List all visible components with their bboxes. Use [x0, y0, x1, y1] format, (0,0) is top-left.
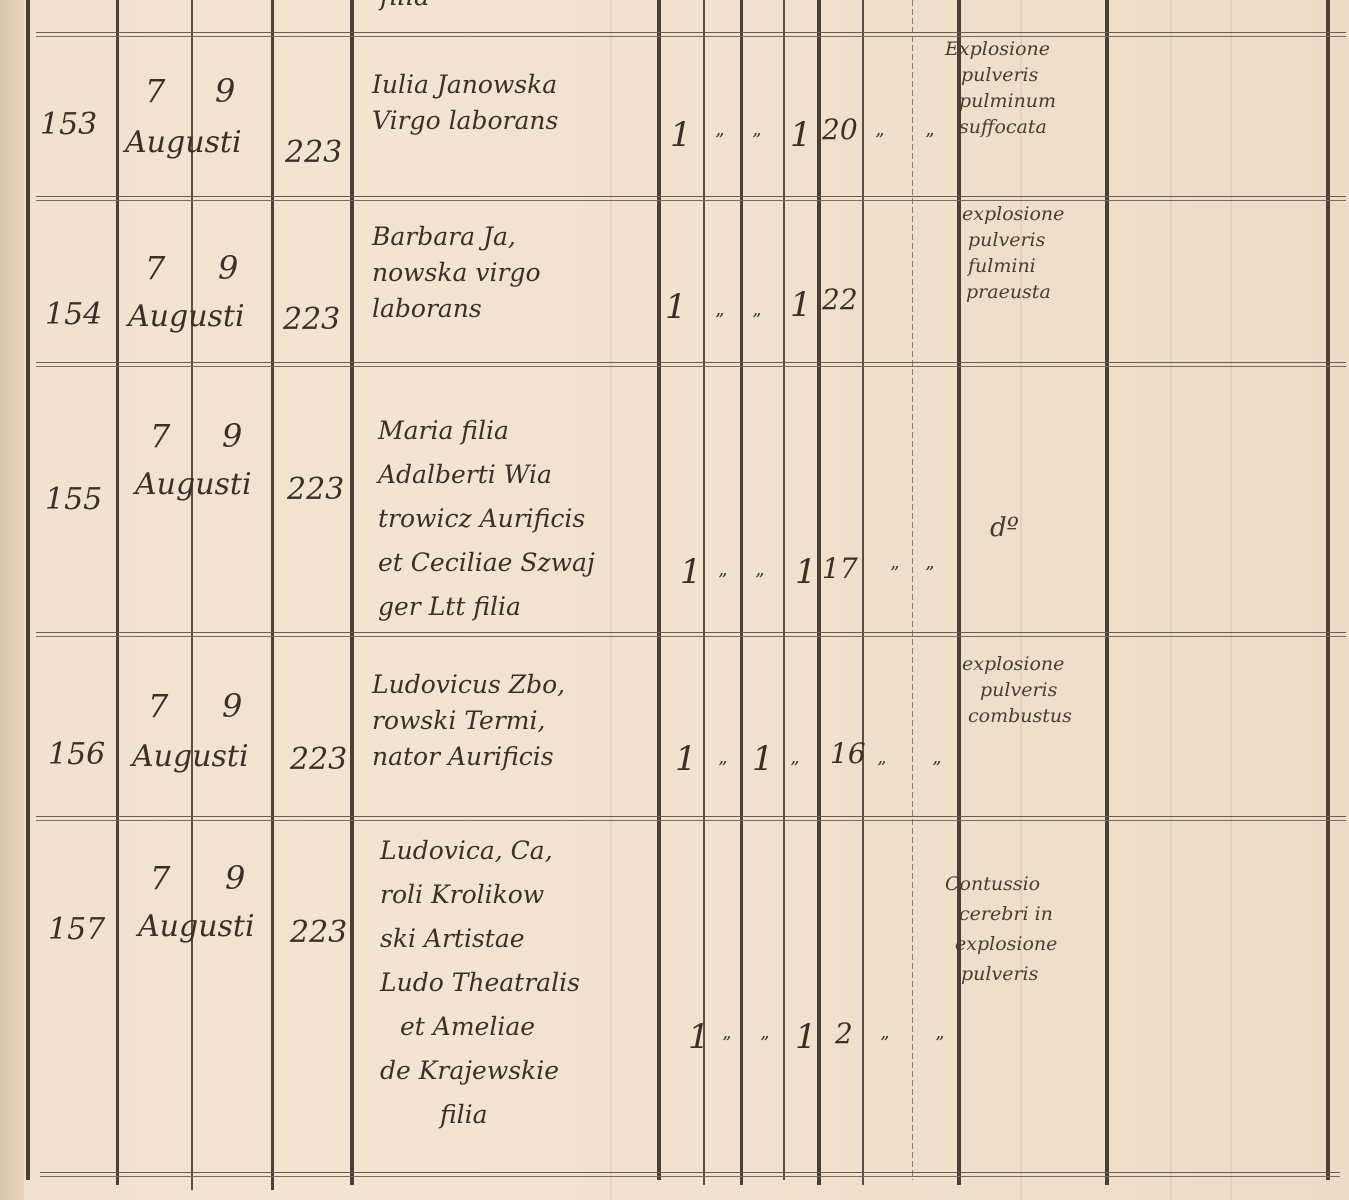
tally-religion: 1 — [665, 290, 687, 324]
row-rule — [36, 200, 1346, 201]
column-rule — [350, 0, 354, 1185]
column-rule — [912, 0, 913, 1180]
column-rule — [783, 0, 785, 1180]
cause-of-death-ditto: dº — [990, 515, 1019, 541]
tally-age-years: 1 — [790, 118, 812, 152]
name-and-status: Ludovica, Ca, roli Krolikow ski Artistae… — [380, 838, 580, 1146]
tally-male: ” — [722, 1035, 731, 1053]
tally-female: ” — [752, 312, 761, 330]
tally-age-days: ” — [877, 760, 886, 778]
death-day: 7 — [150, 420, 170, 452]
tally-age-months: 16 — [830, 740, 866, 768]
paper-ruling — [610, 0, 612, 1200]
tally-religion: 1 — [675, 742, 697, 776]
tally-age-years: 1 — [790, 288, 812, 322]
house-number: 223 — [283, 305, 340, 335]
house-number: 223 — [285, 138, 342, 168]
tally-age-months: 22 — [822, 286, 858, 314]
death-day: 7 — [145, 252, 165, 284]
column-rule — [657, 0, 661, 1180]
tally-age-months: 20 — [822, 116, 858, 144]
column-rule — [703, 0, 705, 1185]
month: Augusti — [138, 912, 255, 942]
tally-religion: 1 — [680, 555, 702, 589]
tally-age-days: ” — [880, 1035, 889, 1053]
death-day: 7 — [145, 75, 165, 107]
row-rule — [36, 32, 1346, 33]
month: Augusti — [128, 302, 245, 332]
death-day: 7 — [150, 862, 170, 894]
burial-day: 9 — [225, 862, 245, 894]
house-number: 223 — [290, 745, 347, 775]
tally-age-years: ” — [790, 760, 799, 778]
entry-number: 153 — [40, 110, 97, 140]
tally-age-months: 2 — [835, 1020, 853, 1048]
name-and-status: Barbara Ja, nowska virgo laborans — [372, 224, 541, 332]
tally-religion: 1 — [688, 1020, 710, 1054]
tally-female: ” — [755, 572, 764, 590]
tally-age-years: 1 — [795, 1020, 817, 1054]
previous-entry-fragment: filia — [380, 0, 429, 10]
burial-day: 9 — [222, 690, 242, 722]
row-rule — [40, 1172, 1340, 1173]
row-rule — [36, 816, 1346, 817]
month: Augusti — [125, 128, 242, 158]
column-rule — [1326, 0, 1330, 1180]
tally-extra: ” — [925, 132, 934, 150]
tally-male: ” — [715, 312, 724, 330]
row-rule — [36, 362, 1346, 363]
tally-female: 1 — [752, 742, 774, 776]
column-rule — [740, 0, 743, 1185]
burial-day: 9 — [218, 252, 238, 284]
row-rule — [36, 366, 1346, 367]
name-and-status: Ludovicus Zbo, rowski Termi, nator Aurif… — [372, 672, 565, 780]
tally-female: ” — [760, 1035, 769, 1053]
row-rule — [36, 36, 1346, 37]
name-and-status: Iulia Janowska Virgo laborans — [372, 72, 558, 144]
name-and-status: Maria filia Adalberti Wia trowicz Aurifi… — [378, 418, 595, 638]
tally-female: ” — [752, 132, 761, 150]
entry-number: 155 — [45, 485, 102, 515]
paper-ruling — [1170, 0, 1172, 1200]
row-rule — [36, 196, 1346, 197]
cause-of-death: Explosione pulveris pulminum suffocata — [945, 40, 1056, 144]
column-rule — [271, 0, 274, 1190]
row-rule — [36, 636, 1346, 637]
house-number: 223 — [290, 918, 347, 948]
tally-religion: 1 — [670, 118, 692, 152]
cause-of-death: explosione pulveris fulmini praeusta — [962, 205, 1064, 309]
tally-age-years: 1 — [795, 555, 817, 589]
page-gutter — [0, 0, 24, 1200]
entry-number: 156 — [48, 740, 105, 770]
column-rule — [1105, 0, 1109, 1185]
month: Augusti — [135, 470, 252, 500]
tally-male: ” — [715, 132, 724, 150]
cause-of-death: explosione pulveris combustus — [962, 655, 1072, 733]
paper-ruling — [1020, 0, 1022, 1200]
month: Augusti — [132, 742, 249, 772]
burial-day: 9 — [222, 420, 242, 452]
tally-male: ” — [718, 572, 727, 590]
row-rule — [36, 820, 1346, 821]
column-rule — [862, 0, 864, 1185]
tally-male: ” — [718, 760, 727, 778]
column-rule — [817, 0, 821, 1185]
paper-ruling — [1230, 0, 1232, 1200]
column-rule — [191, 0, 193, 1190]
tally-age-months: 17 — [822, 555, 858, 583]
tally-extra: ” — [925, 565, 934, 583]
tally-age-days: ” — [875, 132, 884, 150]
tally-extra: ” — [935, 1035, 944, 1053]
column-rule — [957, 0, 961, 1185]
entry-number: 154 — [45, 300, 102, 330]
column-rule — [116, 0, 119, 1185]
tally-age-days: ” — [890, 565, 899, 583]
row-rule — [36, 632, 1346, 633]
death-day: 7 — [148, 690, 168, 722]
burial-day: 9 — [215, 75, 235, 107]
row-rule — [40, 1176, 1340, 1177]
house-number: 223 — [287, 475, 344, 505]
column-rule — [26, 0, 30, 1180]
cause-of-death: Contussio cerebri in explosione pulveris — [945, 875, 1057, 995]
tally-extra: ” — [932, 760, 941, 778]
entry-number: 157 — [48, 915, 105, 945]
